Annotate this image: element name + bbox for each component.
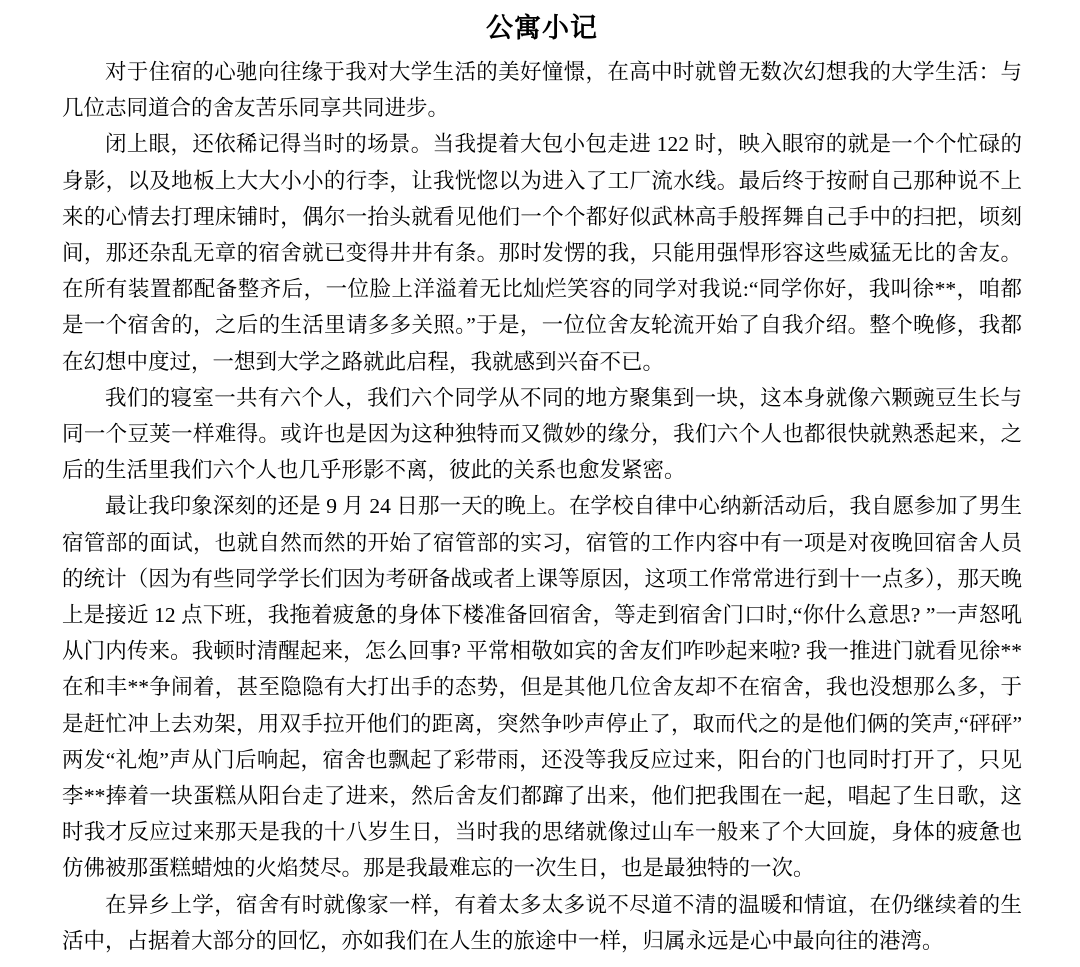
essay-paragraph-3: 我们的寝室一共有六个人，我们六个同学从不同的地方聚集到一块，这本身就像六颗豌豆生… (62, 380, 1022, 489)
essay-paragraph-4: 最让我印象深刻的还是 9 月 24 日那一天的晚上。在学校自律中心纳新活动后，我… (62, 488, 1022, 886)
essay-paragraph-1: 对于住宿的心驰向往缘于我对大学生活的美好憧憬，在高中时就曾无数次幻想我的大学生活… (62, 54, 1022, 126)
document-title: 公寓小记 (62, 6, 1022, 54)
essay-paragraph-2: 闭上眼，还依稀记得当时的场景。当我提着大包小包走进 122 时，映入眼帘的就是一… (62, 126, 1022, 379)
essay-paragraph-5: 在异乡上学，宿舍有时就像家一样，有着太多太多说不尽道不清的温暖和情谊，在仍继续着… (62, 887, 1022, 959)
document-page: 公寓小记 对于住宿的心驰向往缘于我对大学生活的美好憧憬，在高中时就曾无数次幻想我… (0, 0, 1080, 967)
